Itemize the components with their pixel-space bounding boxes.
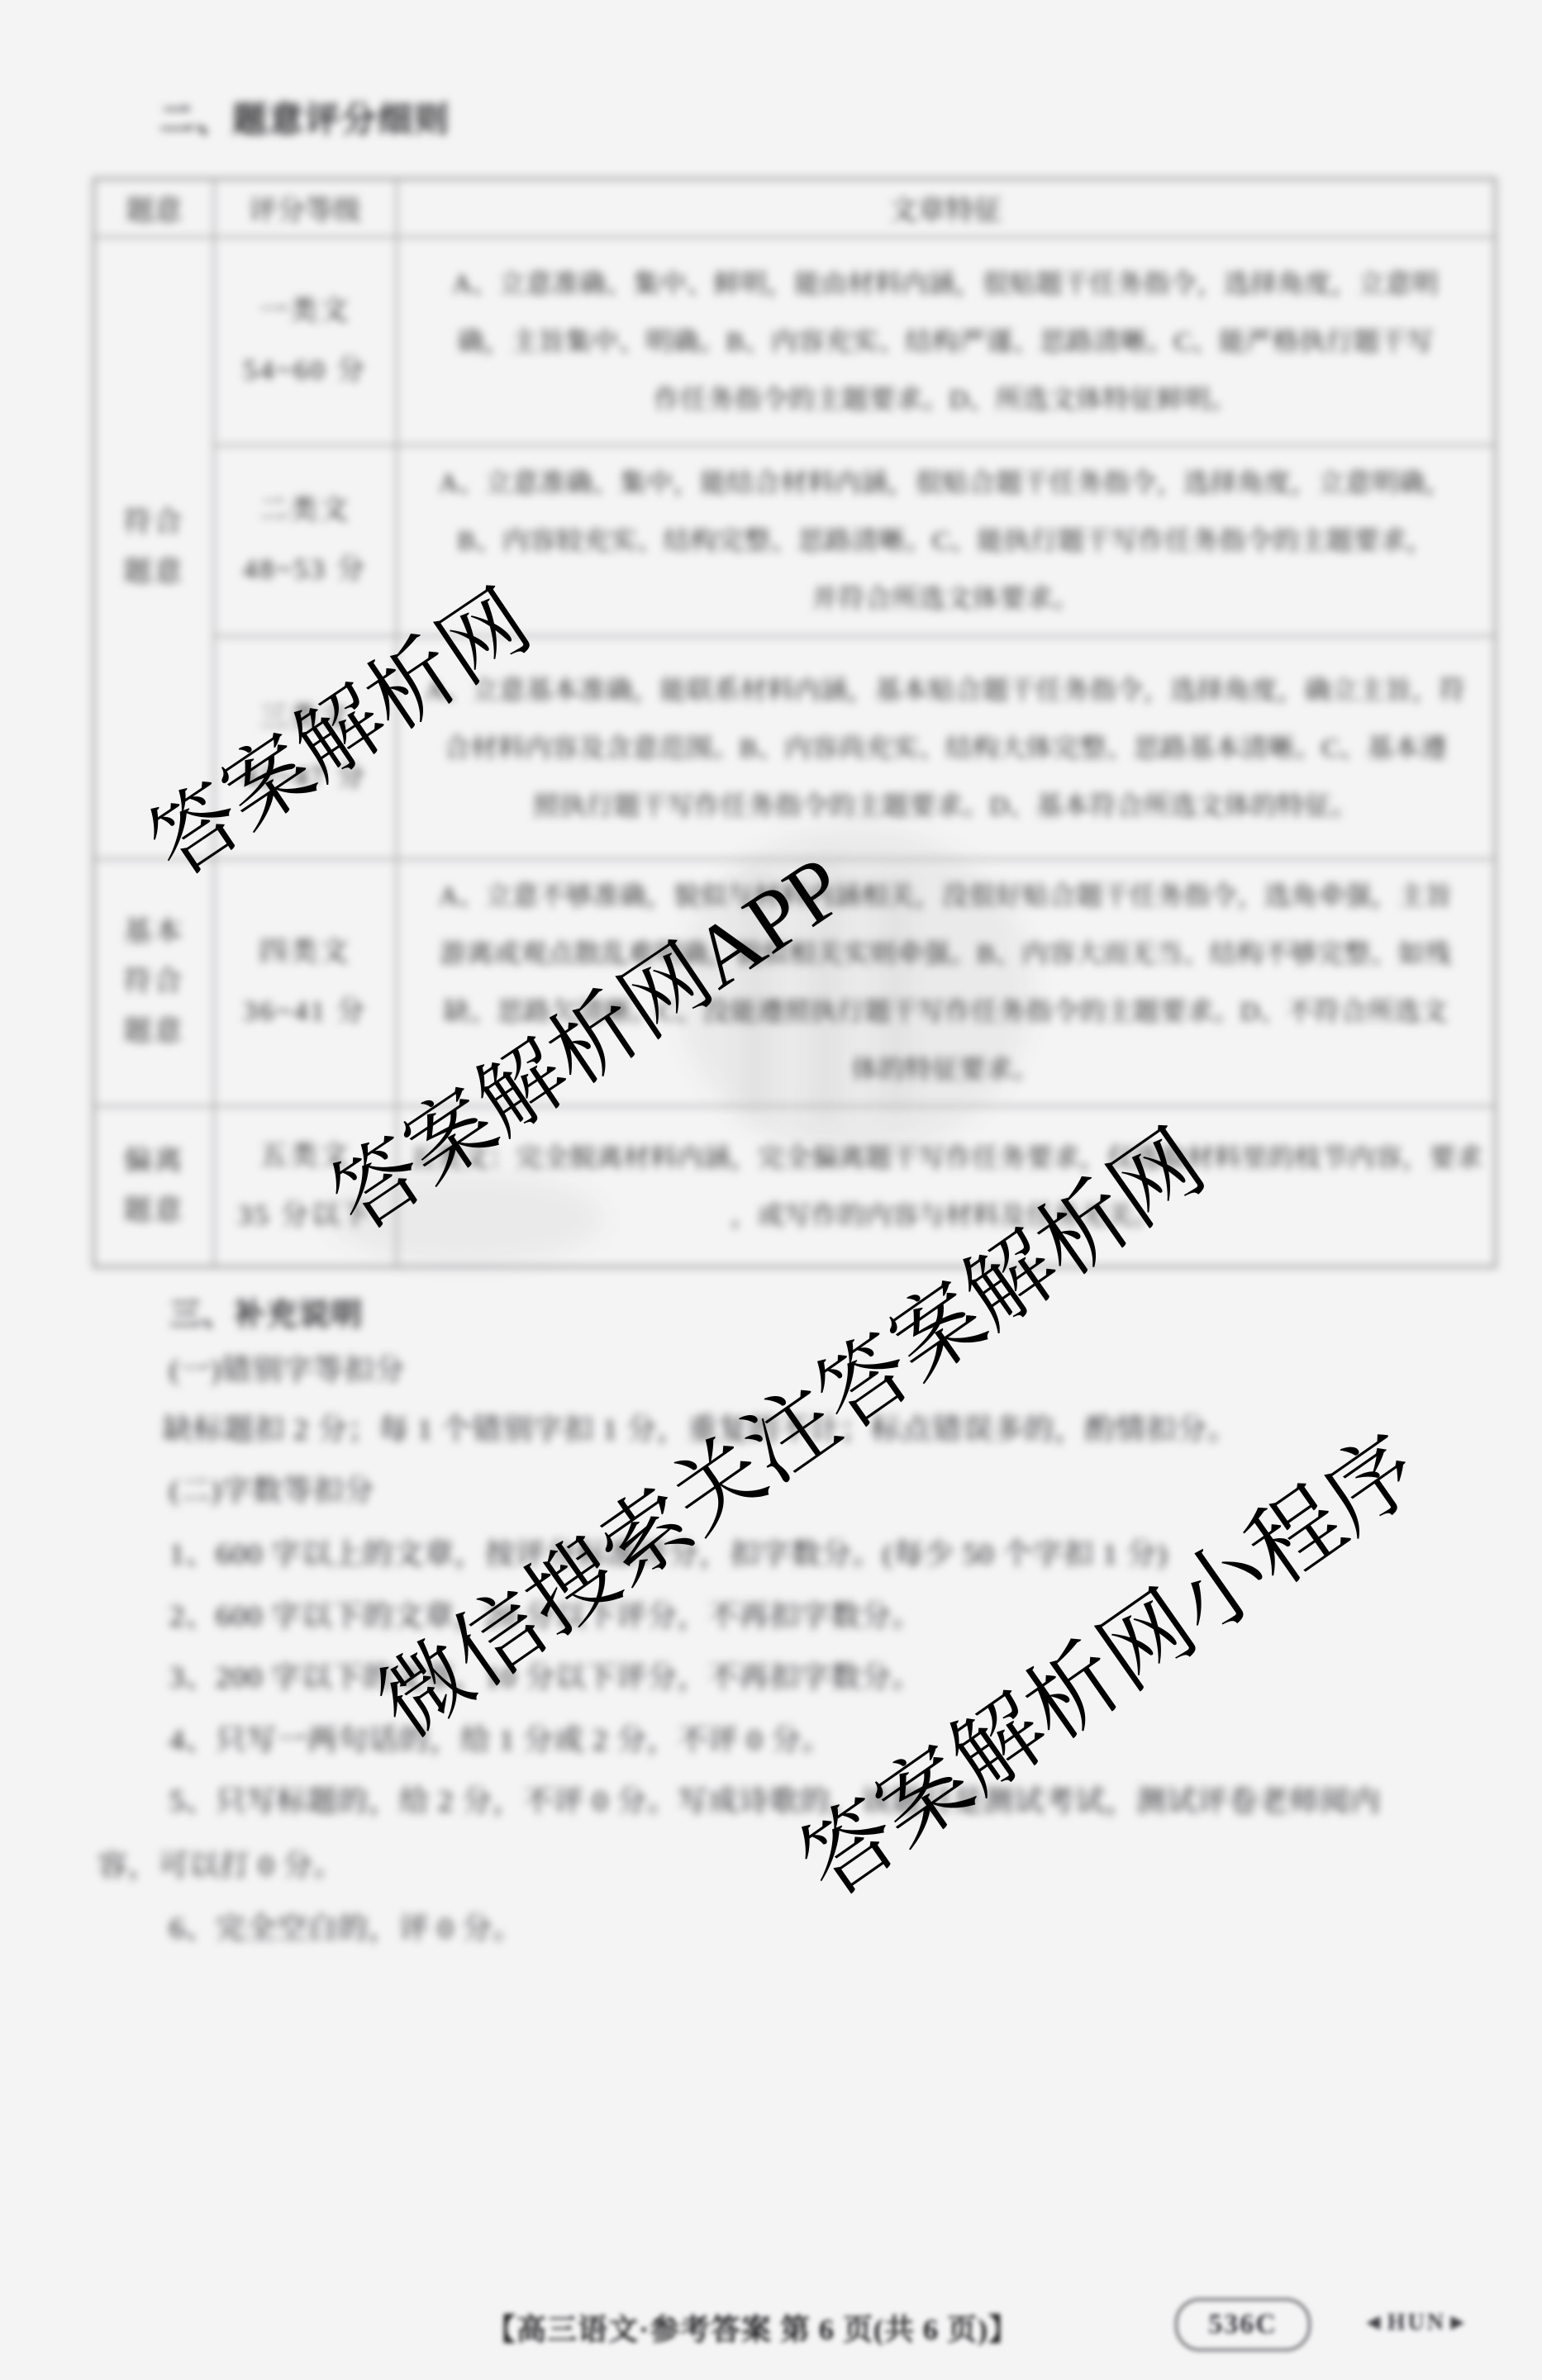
page-footer: 【高三语文·参考答案 第 6 页(共 6 页)】 536C ◄HUN►	[0, 0, 1542, 2380]
scanned-answer-page: { "heading": "二、题意评分细则", "table": { "col…	[0, 0, 1542, 2380]
footer-page-info: 【高三语文·参考答案 第 6 页(共 6 页)】	[486, 2306, 1019, 2349]
footer-region-mark: ◄HUN►	[1362, 2310, 1472, 2336]
footer-code-box: 536C	[1175, 2298, 1311, 2351]
